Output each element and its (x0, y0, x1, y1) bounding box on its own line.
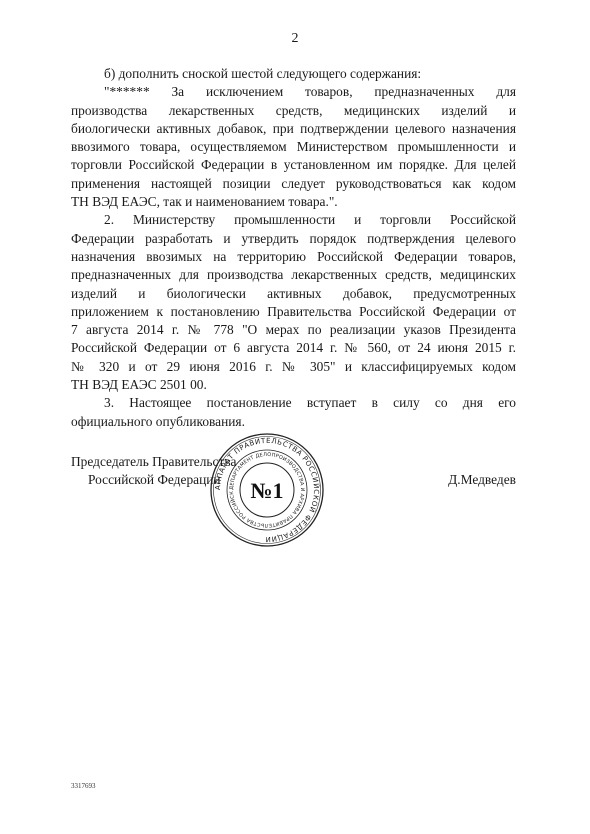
official-seal-stamp: АППАРАТ ПРАВИТЕЛЬСТВА РОССИЙСКОЙ ФЕДЕРАЦ… (207, 430, 327, 550)
text-line: приложением к постановлению Правительств… (71, 303, 516, 321)
text-line: применения настоящей позиции следует рук… (71, 175, 516, 193)
stamp-center-number: №1 (250, 478, 283, 503)
text-line: предназначенных для производства лекарст… (71, 266, 516, 284)
text-line: Федерации разработать и утвердить порядо… (71, 230, 516, 248)
paragraph-item-b: б) дополнить сноской шестой следующего с… (71, 65, 516, 83)
text-line: ТН ВЭД ЕАЭС 2501 00. (71, 376, 516, 394)
text-line: ввозимого товара, осуществляемом Министе… (71, 138, 516, 156)
text-line: б) дополнить сноской шестой следующего с… (71, 65, 516, 83)
document-code: 3317693 (71, 782, 96, 791)
paragraph-item-3: 3. Настоящее постановление вступает в си… (71, 394, 516, 431)
text-line: биологически активных добавок, при подтв… (71, 120, 516, 138)
text-line: 2. Министерству промышленности и торговл… (71, 211, 516, 229)
text-line: торговли Российской Федерации в установл… (71, 156, 516, 174)
text-line: "****** За исключением товаров, предназн… (71, 83, 516, 101)
signatory-title-line-2: Российской Федерации (88, 471, 221, 489)
text-line: № 320 и от 29 июня 2016 г. № 305" и клас… (71, 358, 516, 376)
paragraph-footnote: "****** За исключением товаров, предназн… (71, 83, 516, 211)
page-number: 2 (0, 30, 590, 48)
text-line: Российской Федерации от 6 августа 2014 г… (71, 339, 516, 357)
text-line: 3. Настоящее постановление вступает в си… (71, 394, 516, 412)
paragraph-item-2: 2. Министерству промышленности и торговл… (71, 211, 516, 394)
text-line: 7 августа 2014 г. № 778 "О мерах по реал… (71, 321, 516, 339)
text-line: изделий и биологически активных добавок,… (71, 285, 516, 303)
text-line: производства лекарственных средств, меди… (71, 102, 516, 120)
text-line: назначения ввозимых на территорию Россий… (71, 248, 516, 266)
text-line: ТН ВЭД ЕАЭС, так и наименованием товара.… (71, 193, 516, 211)
text-line: официального опубликования. (71, 413, 516, 431)
document-page: 2 б) дополнить сноской шестой следующего… (0, 0, 590, 834)
signatory-name: Д.Медведев (448, 471, 516, 489)
document-body: б) дополнить сноской шестой следующего с… (71, 65, 516, 431)
